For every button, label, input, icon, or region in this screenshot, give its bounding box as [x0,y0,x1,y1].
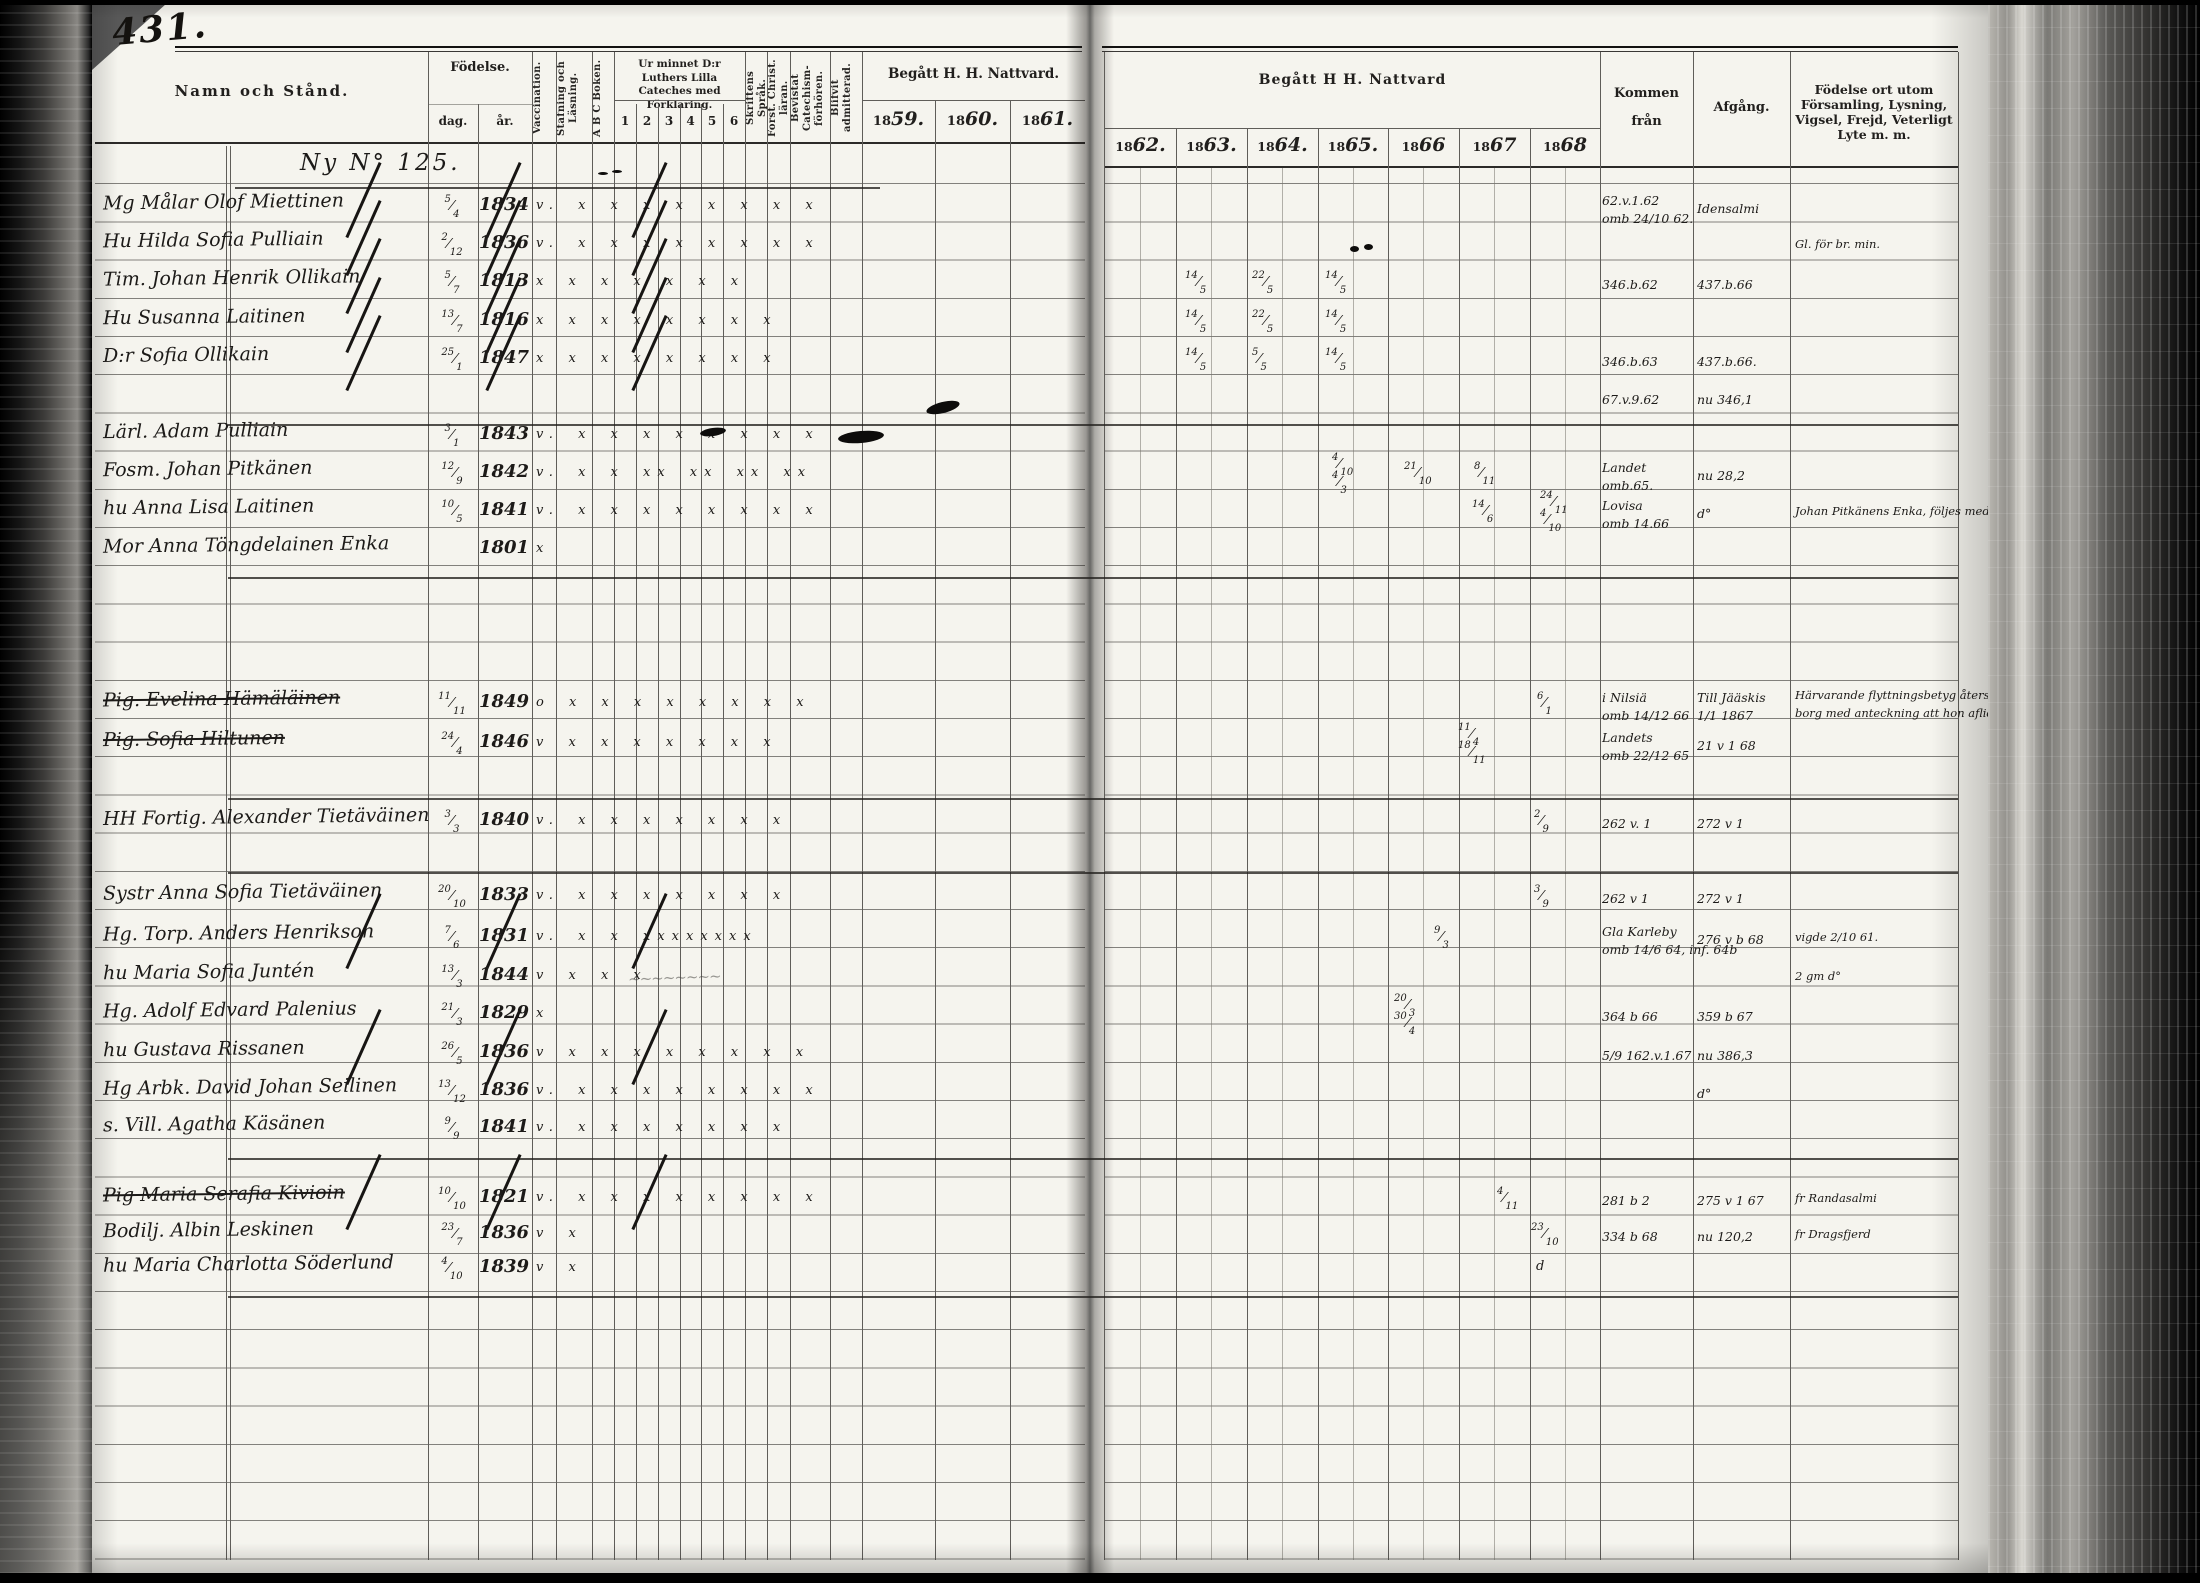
column-line [1388,128,1389,1560]
entry-communion-date: 9⁄3 [1434,928,1449,948]
entry-birth-year: 1836 [476,1222,532,1243]
column-line [1104,52,1105,1560]
entry-note: fr Randasalmi [1795,1191,1877,1205]
column-line [1693,52,1694,1560]
column-line [1790,52,1791,1560]
entry-departure: 276 v b 68 [1697,932,1764,947]
catechism-subcol-6: 6 [723,114,745,128]
communion-year-1859: 1859. [862,108,935,131]
group-separator-line [228,1296,1958,1298]
entry-communion-date: 14⁄5 [1325,312,1346,332]
entry-communion-date: d [1536,1259,1544,1274]
entry-departure: 21 v 1 68 [1697,738,1756,753]
entry-birth-year: 1846 [476,731,532,752]
entry-note: fr Dragsfjerd [1795,1227,1871,1241]
entry-examination-marks: x [536,1006,550,1021]
entry-arrived-from: 262 v. 1 [1602,816,1651,831]
column-line [1247,128,1248,1560]
column-line [1958,52,1959,1560]
entry-name: Hu Hilda Sofia Pulliain [103,228,324,253]
entry-departure: d° [1697,1086,1711,1101]
catechism-subcol-2: 2 [636,114,658,128]
column-line [745,52,746,1560]
entry-birth-year: 1816 [476,309,532,330]
entry-arrived-from: 334 b 68 [1602,1229,1658,1244]
entry-birth-day: 4⁄10 [428,1259,476,1279]
scan-right-edge [1988,0,2200,1583]
header-top-rule-right [1102,46,1958,52]
year-printed: 18 [1186,139,1203,154]
column-header-departure: Afgång. [1693,100,1790,116]
entry-birth-day: 13⁄7 [428,312,476,332]
catechism-subcol-4: 4 [680,114,701,128]
entry-arrived-from: 262 v 1 [1602,891,1649,906]
entry-examination-marks: v. x x x x x x x x [536,503,820,518]
entry-birth-day: 23⁄7 [428,1225,476,1245]
entry-communion-date: 23⁄10 [1531,1225,1559,1245]
birth-label-rule [428,104,532,105]
entry-examination-marks: v. x x x x x x x x [536,427,820,442]
entry-name: Pig. Sofia Hiltunen [103,727,285,751]
entry-birth-day: 3⁄3 [428,812,476,832]
entry-birth-day: 21⁄3 [428,1005,476,1025]
communion-year-1862: 1862. [1105,134,1176,157]
entry-communion-date: 6⁄1 [1537,694,1552,714]
entry-departure-2: 1/1 1867 [1697,708,1753,723]
group-separator-line [228,1158,1958,1160]
entry-name: Systr Anna Sofia Tietäväinen [103,879,382,904]
entry-examination-marks: v. x x x x x x x x [536,198,820,213]
entry-birth-day: 2⁄12 [428,235,476,255]
entry-note: vigde 2/10 61. [1795,930,1878,944]
entry-departure: 359 b 67 [1697,1009,1753,1024]
column-line [767,52,768,1560]
entry-birth-year: 1839 [476,1256,532,1277]
column-header-admitted: Blifvit admitterad. [830,54,862,142]
entry-birth-day: 13⁄12 [428,1082,476,1102]
entry-birth-day: 25⁄1 [428,350,476,370]
entry-name: Fosm. Johan Pitkänen [103,457,313,482]
entry-birth-year: 1836 [476,1041,532,1062]
communion-year-1861: 1861. [1010,108,1085,131]
entry-name: Pig Maria Serafia Kivioin [103,1182,345,1207]
year-handwritten: 65. [1345,134,1378,156]
entry-name: hu Anna Lisa Laitinen [103,495,315,520]
entry-birth-day: 26⁄5 [428,1044,476,1064]
entry-arrived-from: Lovisa [1602,498,1643,513]
entry-examination-marks: v. x x xx xx xx xx [536,465,812,480]
entry-name: Hg. Adolf Edvard Palenius [103,997,357,1022]
entry-birth-year: 1844 [476,964,532,985]
entry-communion-date: 3⁄9 [1534,887,1549,907]
entry-arrived-from: 5/9 162.v.1.67 [1602,1048,1691,1063]
entry-birth-year: 1836 [476,1079,532,1100]
book-paper [92,4,1988,1573]
entry-examination-marks: x [536,541,550,556]
communion-year-1863: 1863. [1176,134,1247,157]
column-subline [1565,168,1566,1560]
entry-birth-year: 1836 [476,232,532,253]
scan-left-edge [0,0,92,1583]
communion-year-1866: 1866 [1388,134,1459,157]
entry-communion-date: 14⁄5 [1325,350,1346,370]
entry-birth-day: 11⁄11 [428,694,476,714]
communion-year-1867: 1867 [1459,134,1530,157]
entry-examination-marks: v x [536,1226,583,1241]
entry-birth-day: 13⁄3 [428,967,476,987]
communion-year-1860: 1860. [935,108,1010,131]
year-handwritten: 64. [1275,134,1308,156]
year-printed: 18 [1473,139,1490,154]
year-handwritten: 67 [1490,134,1516,156]
entry-examination-marks: o x x x x x x x x [536,695,811,710]
column-header-arrived-from-2: från [1600,114,1693,130]
entry-name: Hg. Torp. Anders Henrikson [103,920,374,945]
entry-departure: nu 386,3 [1697,1048,1753,1063]
year-printed: 18 [947,114,965,129]
entry-birth-day: 3⁄1 [428,426,476,446]
column-header-birth-day: dag. [428,114,478,128]
column-subline [1211,168,1212,1560]
entry-arrived-from: Landet [1602,460,1646,475]
entry-birth-year: 1843 [476,423,532,444]
entry-name: Lärl. Adam Pulliain [103,419,289,443]
year-printed: 18 [1022,114,1040,129]
entry-communion-date: 18⁄11 [1458,743,1486,763]
entry-birth-year: 1841 [476,499,532,520]
entry-departure: Till Jääskis [1697,690,1766,705]
entry-name: Mor Anna Töngdelainen Enka [103,532,389,557]
entry-birth-day: 5⁄4 [428,197,476,217]
ink-blob [1350,246,1359,252]
entry-examination-marks: v x x x x x x x [536,735,778,750]
entry-communion-date: 8⁄11 [1474,464,1495,484]
column-subline [1423,168,1424,1560]
column-line [1530,128,1531,1560]
entry-note: Gl. för br. min. [1795,237,1880,251]
group-separator-line [228,798,1958,800]
entry-departure: d° [1697,506,1711,521]
entry-name: Pig. Evelina Hämäläinen [103,687,340,712]
entry-communion-date: 4⁄3 [1332,473,1347,493]
year-printed: 18 [873,114,891,129]
catechism-subcol-5: 5 [701,114,723,128]
column-line [790,52,791,1560]
entry-communion-date: 4⁄11 [1497,1189,1518,1209]
entry-communion-date: 14⁄5 [1185,350,1206,370]
entry-arrived-from: 346.b.63 [1602,354,1658,369]
entry-departure: 437.b.66. [1697,354,1757,369]
column-header-arrived-from-1: Kommen [1600,86,1693,102]
column-header-name: Namn och Stånd. [132,82,392,100]
column-header-spelling-reading: Stafning och Läsning. [556,54,592,142]
column-line [532,52,533,1560]
entry-communion-date: 14⁄5 [1185,312,1206,332]
entry-communion-date: 30⁄4 [1394,1014,1415,1034]
header-bottom-rule-right [1105,166,1958,168]
entry-communion-date: 14⁄5 [1185,273,1206,293]
entry-examination-marks: x x x x x x x [536,274,745,289]
entry-birth-day: 10⁄5 [428,502,476,522]
entry-arrived-from-2: omb 24/10 62. [1602,211,1693,226]
column-line [862,52,863,1560]
entry-arrived-from: 67.v.9.62 [1602,392,1659,407]
column-header-communion-left: Begått H. H. Nattvard. [862,66,1085,82]
year-handwritten: 63. [1204,134,1237,156]
column-line [1176,128,1177,1560]
entry-birth-year: 1849 [476,691,532,712]
year-handwritten: 68 [1560,134,1586,156]
column-header-attended-catechism-meetings: Bevistat Catechism-förhören. [790,54,830,142]
ink-blob [1364,244,1373,250]
entry-name: hu Maria Sofia Juntén [103,960,315,985]
entry-name: Bodilj. Albin Leskinen [103,1218,314,1243]
entry-arrived-from: 346.b.62 [1602,277,1658,292]
year-printed: 18 [1115,139,1132,154]
catechism-subcol-3: 3 [658,114,680,128]
entry-birth-day: 20⁄10 [428,887,476,907]
entry-communion-date: 14⁄5 [1325,273,1346,293]
entry-birth-day: 9⁄9 [428,1119,476,1139]
entry-name: s. Vill. Agatha Käsänen [103,1112,326,1137]
entry-name: Tim. Johan Henrik Ollikain [103,265,361,290]
entry-arrived-from: Landets [1602,730,1653,745]
entry-birth-day: 10⁄10 [428,1189,476,1209]
column-header-notes-2: Vigsel, Frejd, Veterligt Lyte m. m. [1786,112,1962,142]
year-printed: 18 [1328,139,1345,154]
entry-birth-day: 12⁄9 [428,464,476,484]
entry-communion-date: 5⁄5 [1252,350,1267,370]
group-separator-line [228,872,1958,874]
year-printed: 18 [1543,139,1560,154]
year-printed: 18 [1402,139,1419,154]
year-handwritten: 62. [1133,134,1166,156]
ink-blob [612,170,622,173]
entry-departure: nu 120,2 [1697,1229,1753,1244]
communion-label-rule-left [862,100,1085,101]
entry-birth-year: 1821 [476,1186,532,1207]
entry-birth-day: 7⁄6 [428,928,476,948]
entry-arrived-from-2: omb.65. [1602,478,1653,493]
entry-birth-year: 1842 [476,461,532,482]
column-header-scripture-language: Skriftens Språk. [745,54,767,142]
column-header-communion-right: Begått H H. Nattvard [1105,72,1600,89]
entry-examination-marks: v x x x x x x x x [536,1045,810,1060]
entry-note: 2 gm d° [1795,969,1841,983]
entry-communion-date: 14⁄6 [1472,502,1493,522]
entry-name: D:r Sofia Ollikain [103,343,269,367]
header-bottom-rule-left [95,142,1085,144]
entry-birth-year: 1841 [476,1116,532,1137]
entry-name: Hg Arbk. David Johan Seilinen [103,1074,397,1100]
communion-label-rule-right [1105,128,1600,129]
header-top-rule-left [175,46,1082,52]
entry-departure: 272 v 1 [1697,816,1744,831]
scan-top-edge [0,0,2200,5]
entry-name: hu Gustava Rissanen [103,1037,305,1061]
entry-examination-marks: v x [536,1260,583,1275]
entry-arrived-from: i Nilsiä [1602,690,1647,705]
entry-birth-year: 1847 [476,347,532,368]
column-header-notes-1: Födelse ort utom Församling, Lysning, [1786,82,1962,112]
scan-bottom-edge [0,1573,2200,1583]
catechism-label-rule [614,100,745,101]
column-line [1010,100,1011,1560]
group-separator-line [228,577,1958,579]
entry-communion-date: 22⁄5 [1252,273,1273,293]
year-handwritten: 66 [1419,134,1445,156]
entry-birth-year: 1801 [476,537,532,558]
column-line [935,100,936,1560]
entry-communion-date: 22⁄5 [1252,312,1273,332]
entry-name: Mg Målar Olof Miettinen [103,190,344,215]
year-handwritten: 60. [965,108,998,130]
column-subline [1140,168,1141,1560]
entry-examination-marks: v. x x x x x x x x [536,1190,820,1205]
entry-birth-year: 1813 [476,270,532,291]
entry-birth-year: 1840 [476,809,532,830]
entry-departure: 275 v 1 67 [1697,1193,1764,1208]
column-header-vaccination: Vaccination. [532,54,556,142]
entry-examination-marks: x x x x x x x x [536,313,778,328]
entry-arrived-from-2: omb 14/12 66 [1602,708,1689,723]
communion-year-1868: 1868 [1530,134,1600,157]
entry-birth-day: 24⁄4 [428,734,476,754]
column-header-understands-christianity: Först. Christ. läran. [767,54,790,142]
column-line [1600,52,1601,1560]
entry-communion-date: 4⁄10 [1540,511,1561,531]
entry-birth-day: 5⁄7 [428,273,476,293]
entry-birth-year: 1834 [476,194,532,215]
entry-birth-year: 1829 [476,1002,532,1023]
entry-examination-marks: v. x x x x x x x [536,813,787,828]
entry-examination-marks: v. x x xxxxxxxx [536,929,758,944]
entry-departure: nu 28,2 [1697,468,1745,483]
entry-departure: Idensalmi [1697,201,1759,216]
entry-arrived-from: Gla Karleby [1602,924,1677,939]
entry-departure: nu 346,1 [1697,392,1753,407]
column-header-birth: Födelse. [428,60,532,76]
entry-arrived-from-2: omb 14.66 [1602,516,1669,531]
year-printed: 18 [1257,139,1274,154]
entry-examination-marks: x x x x x x x x [536,351,778,366]
scanned-parish-register-spread: 431. Namn och Stånd. Födelse. dag. år. V… [0,0,2200,1583]
entry-examination-marks: v. x x x x x x x x [536,1083,820,1098]
column-subline [1282,168,1283,1560]
column-line [830,52,831,1560]
communion-year-1864: 1864. [1247,134,1318,157]
entry-name: Hu Susanna Laitinen [103,305,306,329]
entry-arrived-from: 62.v.1.62 [1602,193,1659,208]
catechism-subcol-1: 1 [614,114,636,128]
entry-communion-date: 2⁄9 [1534,812,1549,832]
entry-arrived-from-2: omb 22/12 65 [1602,748,1689,763]
column-line [1318,128,1319,1560]
column-line [1459,128,1460,1560]
entry-examination-marks: v. x x x x x x x [536,1120,787,1135]
entry-examination-marks: v. x x x x x x x x [536,236,820,251]
entry-birth-year: 1833 [476,884,532,905]
column-header-birth-year: år. [478,114,532,128]
entry-arrived-from: 281 b 2 [1602,1193,1650,1208]
entry-departure: 437.b.66 [1697,277,1753,292]
entry-birth-year: 1831 [476,925,532,946]
entry-departure: 272 v 1 [1697,891,1744,906]
entry-communion-date: 21⁄10 [1404,464,1432,484]
column-subline [1353,168,1354,1560]
column-header-abc-book: A B C Boken. [592,54,614,142]
ink-blob [598,172,608,175]
entry-name: HH Fortig. Alexander Tietäväinen [103,804,430,830]
year-handwritten: 61. [1040,108,1073,130]
entry-arrived-from: 364 b 66 [1602,1009,1658,1024]
communion-year-1865: 1865. [1318,134,1388,157]
year-handwritten: 59. [891,108,924,130]
entry-name: hu Maria Charlotta Söderlund [103,1251,394,1277]
column-subline [1494,168,1495,1560]
